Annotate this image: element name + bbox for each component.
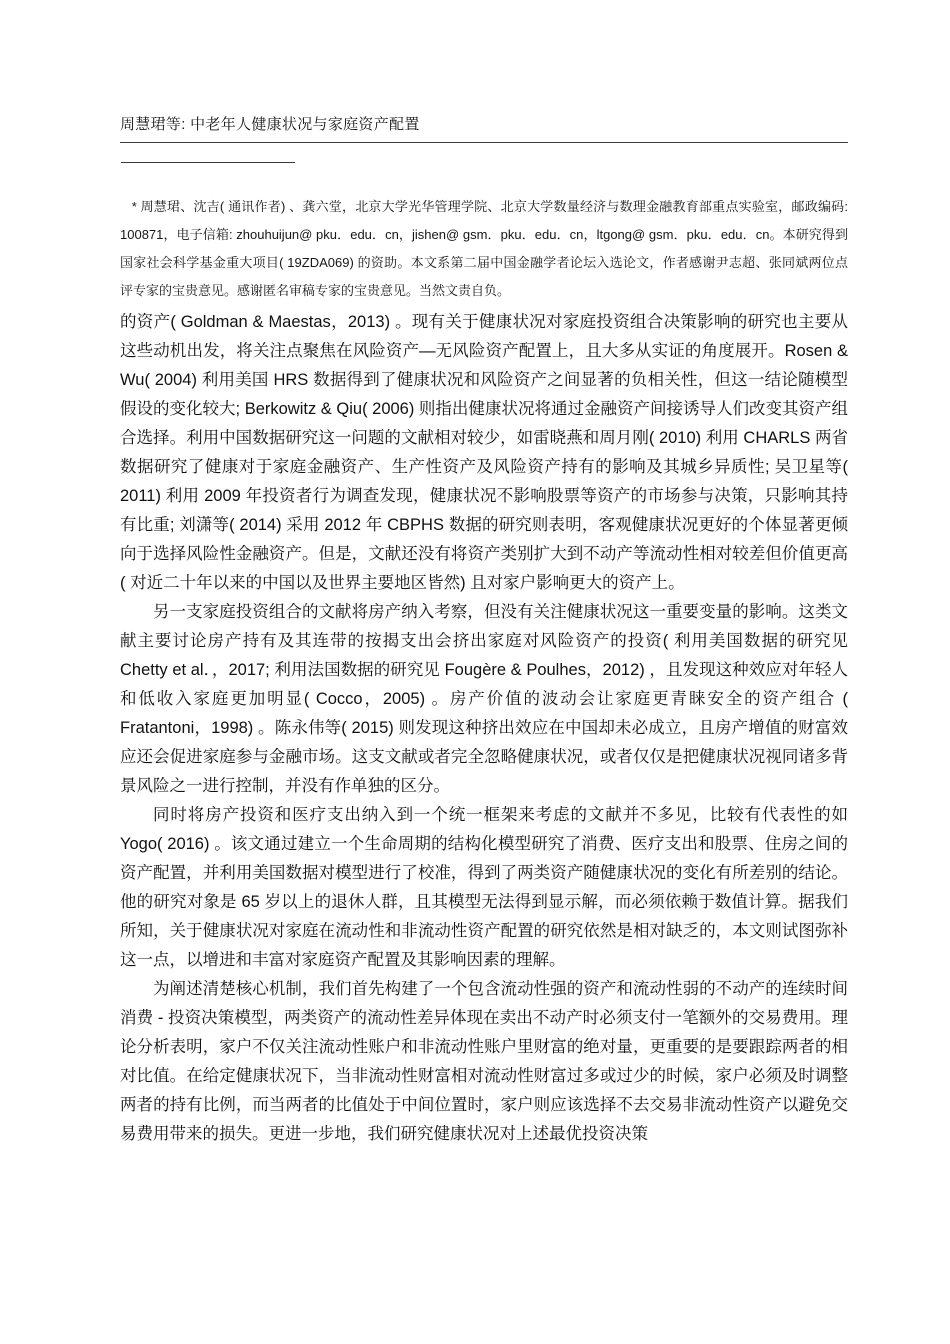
running-header: 周慧珺等: 中老年人健康状况与家庭资产配置	[120, 114, 848, 136]
body-paragraph: 为阐述清楚核心机制，我们首先构建了一个包含流动性强的资产和流动性弱的不动产的连续…	[120, 975, 848, 1149]
running-header-text: 周慧珺等: 中老年人健康状况与家庭资产配置	[120, 116, 420, 133]
footnote-block: * 周慧珺、沈吉( 通讯作者) 、龚六堂，北京大学光华管理学院、北京大学数量经济…	[120, 193, 848, 305]
footnote-separator-rule	[121, 162, 295, 163]
body-paragraph: 另一支家庭投资组合的文献将房产纳入考察，但没有关注健康状况这一重要变量的影响。这…	[120, 598, 848, 801]
body-text: 的资产( Goldman & Maestas，2013) 。现有关于健康状况对家…	[120, 308, 848, 1149]
document-page: 周慧珺等: 中老年人健康状况与家庭资产配置 * 周慧珺、沈吉( 通讯作者) 、龚…	[0, 0, 950, 1344]
body-paragraph: 同时将房产投资和医疗支出纳入到一个统一框架来考虑的文献并不多见，比较有代表性的如…	[120, 801, 848, 975]
header-rule	[120, 142, 848, 143]
footnote-text: * 周慧珺、沈吉( 通讯作者) 、龚六堂，北京大学光华管理学院、北京大学数量经济…	[120, 193, 848, 305]
body-paragraph-continuation: 的资产( Goldman & Maestas，2013) 。现有关于健康状况对家…	[120, 308, 848, 598]
